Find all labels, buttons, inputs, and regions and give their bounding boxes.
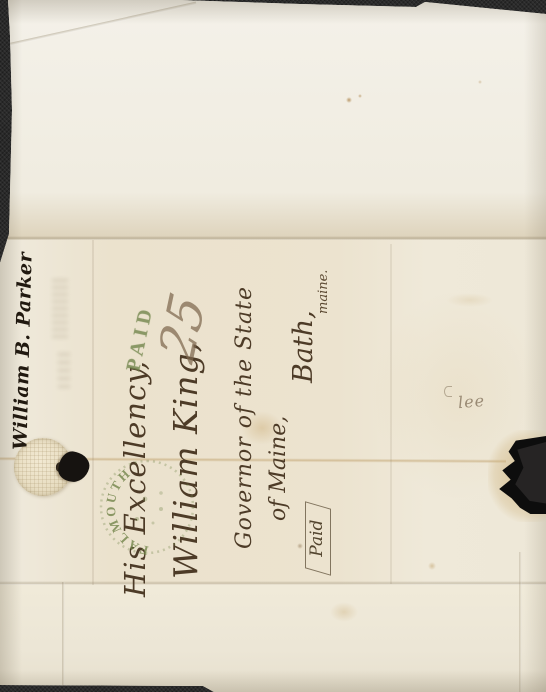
fold-line-vertical-mid <box>92 240 94 585</box>
fold-line-horizontal-upper <box>0 236 546 240</box>
fold-line-diagonal <box>0 2 196 49</box>
falmouth-postmark: FALMOUTH <box>95 455 199 559</box>
ink-bleedthrough <box>52 278 68 338</box>
paper-edge-shadow-bottom <box>0 670 546 692</box>
docket-text: William B. Parker <box>9 252 36 451</box>
paper-edge-shadow-top <box>0 0 546 24</box>
pencil-scribble: lee <box>457 391 486 412</box>
paid-note-text: Paid <box>307 519 327 556</box>
paper-edge-shadow-right <box>524 0 546 692</box>
docket-inscription: William B. Parker <box>6 230 54 452</box>
paper-upper-panel <box>0 0 546 240</box>
fold-line-vertical-left <box>62 582 65 692</box>
pencil-mark <box>444 386 452 397</box>
photographed-letter-scan: William B. Parker His Excellency, Willia… <box>0 0 546 692</box>
ink-bleedthrough <box>58 348 70 388</box>
address-city: Bath, <box>288 310 319 383</box>
paid-note-box: Paid <box>305 501 331 576</box>
fold-line-vertical-mid2 <box>390 244 392 584</box>
address-title-line1: Governor of the State <box>232 286 257 549</box>
address-state: maine. <box>316 270 331 314</box>
fold-line-vertical-right <box>519 552 522 692</box>
paid-manuscript-note: Paid <box>288 494 348 582</box>
